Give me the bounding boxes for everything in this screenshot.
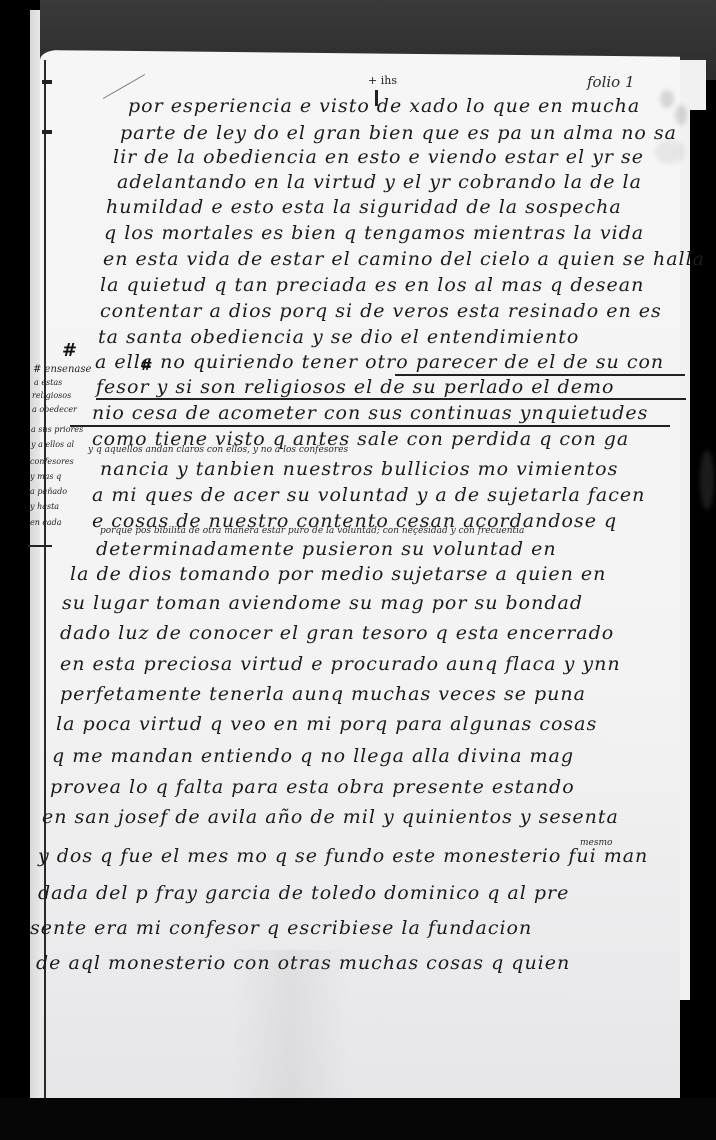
margin-hash-mark: # — [62, 340, 77, 361]
manuscript-line: dado luz de conocer el gran tesoro q est… — [60, 622, 614, 644]
manuscript-line: de aql monesterio con otras muchas cosas… — [36, 952, 570, 974]
manuscript-line: parte de ley do el gran bien que es pa u… — [120, 122, 677, 144]
manuscript-line: sente era mi confesor q escribiese la fu… — [30, 917, 532, 939]
manuscript-line: adelantando en la virtud y el yr cobrand… — [117, 171, 642, 193]
margin-note: religiosos — [32, 391, 71, 400]
margin-note: confesores — [30, 457, 74, 466]
manuscript-line: perfetamente tenerla aunq muchas veces s… — [60, 683, 586, 705]
margin-note: y mas q — [30, 472, 61, 481]
binding-stitch — [42, 80, 52, 84]
header-mark: + ihs — [368, 74, 397, 87]
binding-stitch — [42, 130, 52, 134]
manuscript-line: nio cesa de acometer con sus continuas y… — [92, 402, 648, 424]
scan-border-left — [0, 140, 30, 1140]
manuscript-line: a mi ques de acer su voluntad y a de suj… — [92, 484, 645, 506]
margin-note: y hasta — [30, 502, 59, 511]
scan-background-bottom — [0, 1098, 716, 1140]
paper-stain — [660, 90, 674, 108]
scan-border-left-top — [0, 0, 32, 140]
manuscript-line: la de dios tomando por medio sujetarse a… — [70, 563, 606, 585]
manuscript-line: a ella no quiriendo tener otro parecer d… — [95, 351, 664, 373]
manuscript-line: contentar a dios porq si de veros esta r… — [100, 300, 662, 322]
text-underline — [96, 398, 686, 400]
manuscript-line: la quietud q tan preciada es en los al m… — [100, 274, 644, 296]
manuscript-line: y dos q fue el mes mo q se fundo este mo… — [38, 845, 648, 867]
manuscript-line: nancia y tanbien nuestros bullicios mo v… — [100, 458, 618, 480]
interlinear-note: y q aquellos andan claros con ellos, y n… — [88, 445, 348, 455]
manuscript-line: en esta vida de estar el camino del ciel… — [103, 248, 705, 270]
manuscript-line: en esta preciosa virtud e procurado aunq… — [60, 653, 621, 675]
manuscript-line: por esperiencia e visto de xado lo que e… — [128, 95, 640, 117]
manuscript-line: ta santa obediencia y se dio el entendim… — [98, 326, 579, 348]
manuscript-line: q los mortales es bien q tengamos mientr… — [104, 222, 644, 244]
manuscript-line: determinadamente pusieron su voluntad en — [96, 538, 557, 560]
manuscript-line: en san josef de avila año de mil y quini… — [42, 806, 619, 828]
manuscript-line: provea lo q falta para esta obra present… — [50, 776, 575, 798]
paper-stain — [700, 450, 714, 510]
margin-note: # ensenase — [33, 364, 91, 375]
manuscript-line: su lugar toman aviendome su mag por su b… — [62, 592, 583, 614]
binding-edge — [44, 60, 46, 1100]
manuscript-line: q me mandan entiendo q no llega alla div… — [52, 745, 574, 767]
text-underline — [70, 425, 670, 427]
margin-note: a sus priores — [31, 425, 83, 434]
manuscript-line: la poca virtud q veo en mi porq para alg… — [56, 713, 597, 735]
manuscript-line: fesor y si son religiosos el de su perla… — [96, 376, 614, 398]
margin-note: y a ellos al — [31, 440, 74, 449]
folio-number: folio 1 — [587, 73, 635, 91]
margin-note-rule — [28, 545, 52, 547]
manuscript-line: dada del p fray garcia de toledo dominic… — [38, 882, 569, 904]
manuscript-line: humildad e esto esta la siguridad de la … — [106, 196, 622, 218]
margin-note: a obedecer — [32, 405, 77, 414]
interlinear-note: porque pos bibilita de otra manera estar… — [100, 526, 524, 536]
margin-note: en cada — [30, 518, 62, 527]
margin-note: a pañado — [30, 487, 67, 496]
margin-hash-mark: # — [140, 356, 153, 374]
manuscript-line: lir de la obediencia en esto e viendo es… — [113, 146, 644, 168]
margin-note: a estas — [34, 378, 62, 387]
